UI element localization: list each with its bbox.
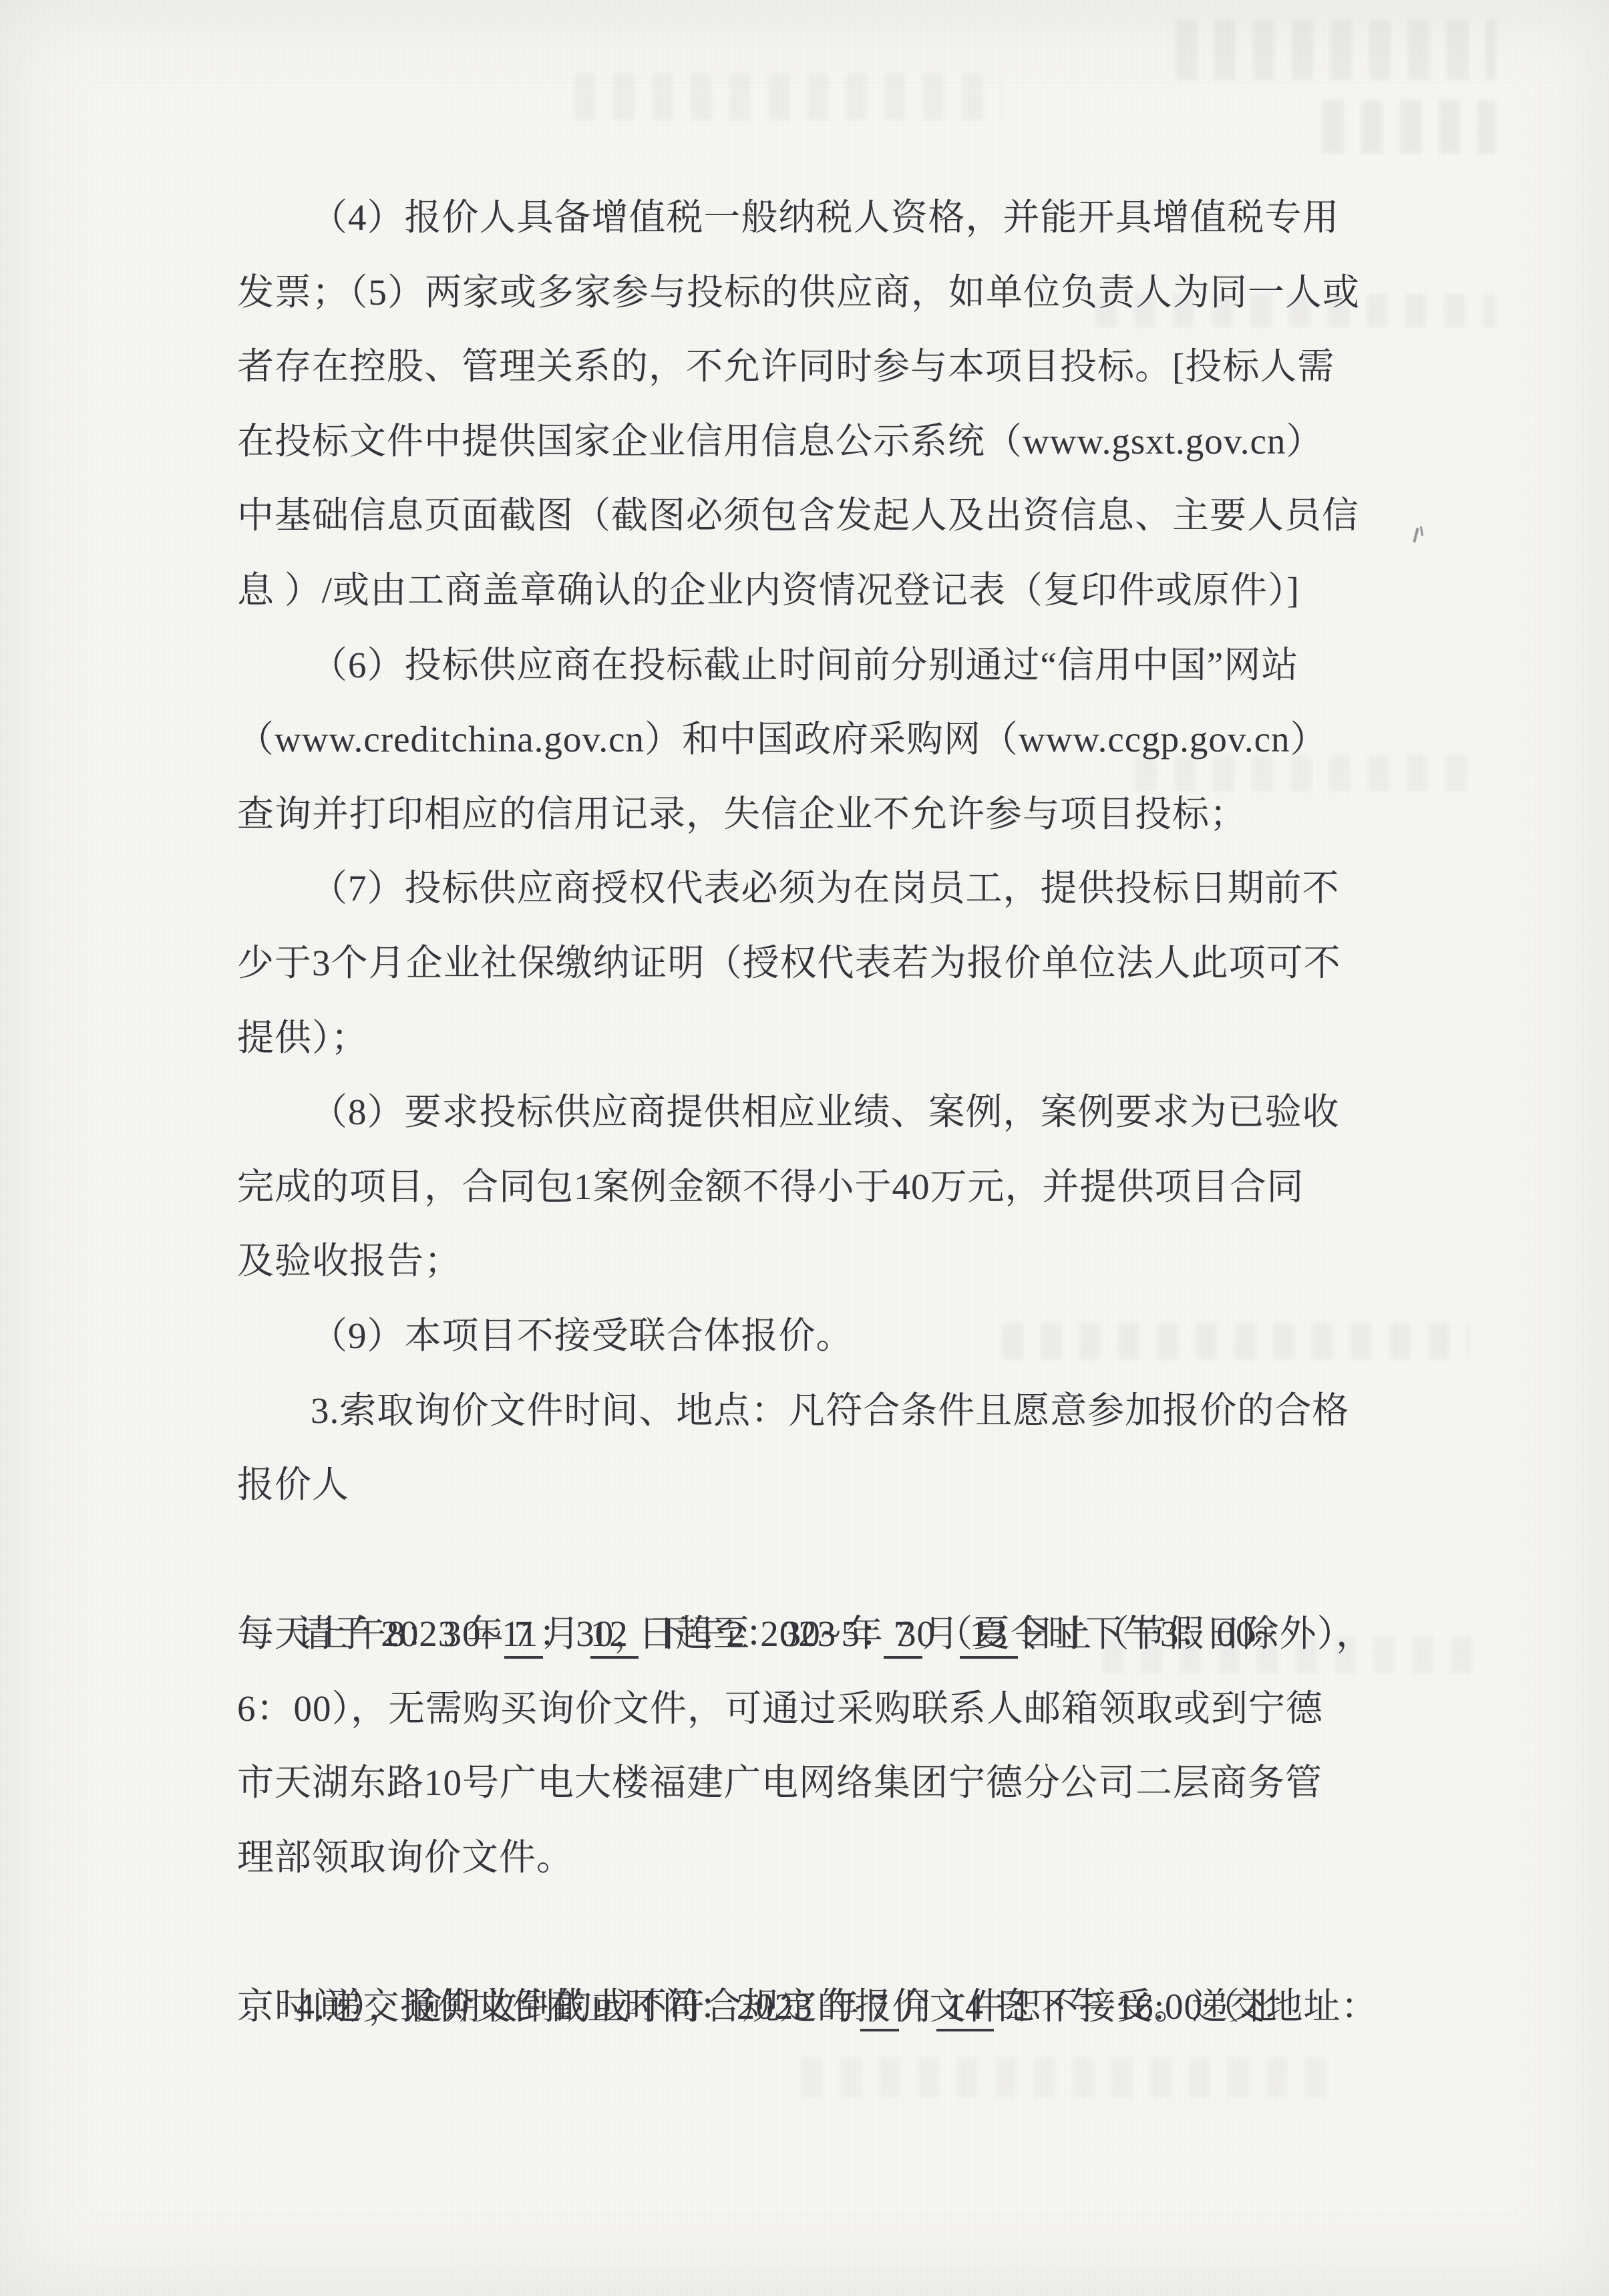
text-line: 少于3个月企业社保缴纳证明（授权代表若为报价单位法人此项可不: [237, 926, 1433, 1001]
text-line: 完成的项目，合同包1案例金额不得小于40万元，并提供项目合同: [237, 1150, 1433, 1224]
text-line: 中基础信息页面截图（截图必须包含发起人及出资信息、主要人员信: [237, 478, 1433, 553]
text-line: （9）本项目不接受联合体报价。: [237, 1299, 1433, 1373]
text-line: 发票；（5）两家或多家参与投标的供应商，如单位负责人为同一人或: [237, 255, 1433, 330]
text-line: 及验收报告；: [237, 1224, 1433, 1299]
scanned-page: （4）报价人具备增值税一般纳税人资格，并能开具增值税专用 发票；（5）两家或多家…: [0, 0, 1609, 2296]
text-line: （4）报价人具备增值税一般纳税人资格，并能开具增值税专用: [237, 180, 1433, 255]
bleedthrough-artifact: [1322, 100, 1496, 154]
text-line: 市天湖东路10号广电大楼福建广电网络集团宁德分公司二层商务管: [237, 1746, 1433, 1820]
text-line: 者存在控股、管理关系的，不允许同时参与本项目投标。[投标人需: [237, 329, 1433, 404]
text-line: 查询并打印相应的信用记录，失信企业不允许参与项目投标；: [237, 777, 1433, 852]
text-line: 每天上午8：30~11：30，下午2：30~5：30（夏令时下午3：00~: [237, 1597, 1433, 1671]
bleedthrough-artifact: [574, 73, 1002, 120]
text-line: 在投标文件中提供国家企业信用信息公示系统（www.gsxt.gov.cn）: [237, 404, 1433, 479]
text-line: 京时间），逾期收到的或不符合规定的报价文件恕不接受。递交地址：: [237, 1969, 1433, 2044]
text-line-with-underlines: 请于 2023 年 7 月 12 日起至 2023 年 7 月 13 日止（节假…: [237, 1522, 1433, 1597]
text-line: （www.creditchina.gov.cn）和中国政府采购网（www.ccg…: [237, 702, 1433, 777]
text-line: （7）投标供应商授权代表必须为在岗员工，提供投标日期前不: [237, 851, 1433, 926]
body-text: （4）报价人具备增值税一般纳税人资格，并能开具增值税专用 发票；（5）两家或多家…: [237, 180, 1433, 2044]
text-line: 理部领取询价文件。: [237, 1820, 1433, 1895]
text-line: 报价人: [237, 1448, 1433, 1522]
text-line: （8）要求投标供应商提供相应业绩、案例，案例要求为已验收: [237, 1075, 1433, 1150]
text-line: 6：00），无需购买询价文件，可通过采购联系人邮箱领取或到宁德: [237, 1671, 1433, 1746]
bleedthrough-artifact: [1176, 20, 1496, 80]
text-line: （6）投标供应商在投标截止时间前分别通过“信用中国”网站: [237, 628, 1433, 703]
bleedthrough-artifact: [801, 2058, 1336, 2098]
text-line: 3.索取询价文件时间、地点：凡符合条件且愿意参加报价的合格: [237, 1373, 1433, 1448]
text-line: 提供）；: [237, 1001, 1433, 1076]
text-line-with-underlines: 4.递交报价文件截止时间：2023 年 7 月 14 日下午 16:00（北: [237, 1895, 1433, 1970]
text-line: 息 ）/或由工商盖章确认的企业内资情况登记表（复印件或原件）]: [237, 553, 1433, 628]
